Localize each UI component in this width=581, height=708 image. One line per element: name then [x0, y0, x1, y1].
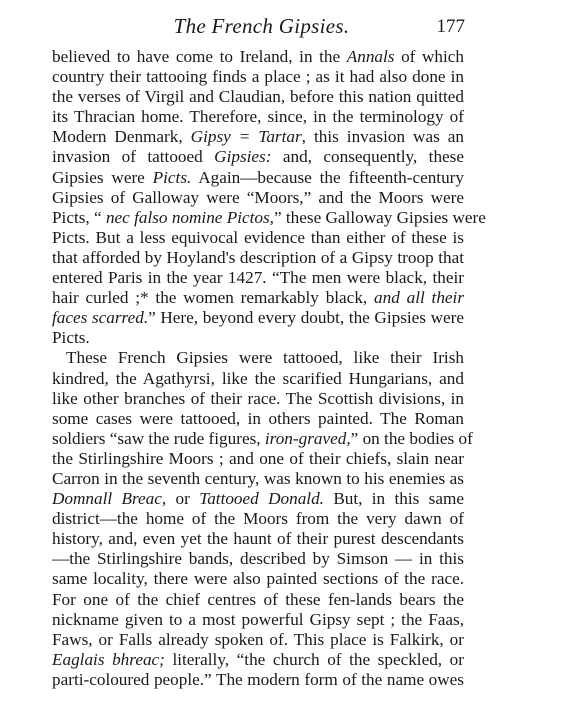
italic-text: Annals — [347, 47, 395, 66]
italic-text: Picts. — [153, 168, 192, 187]
text-segment: of which — [394, 47, 464, 66]
text-line: —the Stirlingshire bands, described by S… — [52, 549, 464, 569]
text-line: district—the home of the Moors from the … — [52, 509, 464, 529]
text-line: Domnall Breac, or Tattooed Donald. But, … — [52, 489, 464, 509]
text-segment: Picts. But a less equivocal evidence tha… — [52, 228, 464, 247]
text-segment: that afforded by Hoyland's description o… — [52, 248, 464, 267]
text-segment: Modern Denmark, — [52, 127, 191, 146]
text-segment: entered Paris in the year 1427. “The men… — [52, 268, 464, 287]
italic-text: Gipsy = Tartar — [191, 127, 302, 146]
text-segment: ” these Galloway Gipsies were — [274, 208, 486, 227]
text-segment: ” Here, beyond every doubt, the Gipsies … — [148, 308, 464, 327]
text-line: Gipsies of Galloway were “Moors,” and th… — [52, 188, 464, 208]
text-segment: hair curled ;* the women remarkably blac… — [52, 288, 374, 307]
text-line: country their tattooing finds a place ; … — [52, 67, 464, 87]
text-segment: , this invasion was an — [302, 127, 464, 146]
text-line: parti-coloured people.” The modern form … — [52, 670, 464, 690]
text-segment: Carron in the seventh century, was known… — [52, 469, 464, 488]
text-segment: Picts, “ — [52, 208, 106, 227]
scan-artifact — [60, 700, 480, 702]
text-segment: ” on the bodies of — [351, 429, 473, 448]
text-segment: some cases were tattooed, in others pain… — [52, 409, 464, 428]
text-segment: Picts. — [52, 328, 90, 347]
text-segment: —the Stirlingshire bands, described by S… — [52, 549, 464, 568]
text-segment: For one of the chief centres of these fe… — [52, 590, 464, 609]
text-line: invasion of tattooed Gipsies: and, conse… — [52, 147, 464, 167]
text-segment: its Thracian home. Therefore, since, in … — [52, 107, 464, 126]
text-segment: Again—because the fifteenth-century — [191, 168, 464, 187]
text-segment: history, and, even yet the haunt of thei… — [52, 529, 464, 548]
text-segment: same locality, there were also painted s… — [52, 569, 464, 588]
italic-text: Gipsies: — [214, 147, 271, 166]
text-segment: invasion of tattooed — [52, 147, 214, 166]
running-title: The French Gipsies. — [58, 14, 465, 39]
text-line: Picts. — [52, 328, 464, 348]
text-segment: the verses of Virgil and Claudian, befor… — [52, 87, 464, 106]
text-segment: and, consequently, these — [271, 147, 464, 166]
book-page: The French Gipsies. 177 believed to have… — [0, 0, 581, 708]
text-line: Picts, “ nec falso nomine Pictos,” these… — [52, 208, 464, 228]
text-segment: parti-coloured people.” The modern form … — [52, 670, 464, 689]
text-line: the Stirlingshire Moors ; and one of the… — [52, 449, 464, 469]
text-segment: , or — [162, 489, 199, 508]
text-line: Gipsies were Picts. Again—because the fi… — [52, 168, 464, 188]
body-text: believed to have come to Ireland, in the… — [52, 47, 464, 690]
text-line: same locality, there were also painted s… — [52, 569, 464, 589]
text-line: soldiers “saw the rude figures, iron-gra… — [52, 429, 464, 449]
text-segment: the Stirlingshire Moors ; and one of the… — [52, 449, 464, 468]
page-number: 177 — [437, 16, 466, 38]
text-segment: country their tattooing finds a place ; … — [52, 67, 464, 86]
page-header: The French Gipsies. 177 — [58, 14, 465, 40]
italic-text: Eaglais bhreac; — [52, 650, 165, 669]
text-segment: But, in this same — [324, 489, 464, 508]
text-segment: These French Gipsies were tattooed, like… — [66, 348, 464, 367]
text-line: history, and, even yet the haunt of thei… — [52, 529, 464, 549]
text-line: the verses of Virgil and Claudian, befor… — [52, 87, 464, 107]
italic-text: and all their — [374, 288, 464, 307]
text-line: kindred, the Agathyrsi, like the scarifi… — [52, 369, 464, 389]
text-line: faces scarred.” Here, beyond every doubt… — [52, 308, 464, 328]
italic-text: faces scarred. — [52, 308, 148, 327]
text-line: hair curled ;* the women remarkably blac… — [52, 288, 464, 308]
text-line: that afforded by Hoyland's description o… — [52, 248, 464, 268]
text-segment: Gipsies of Galloway were “Moors,” and th… — [52, 188, 464, 207]
text-line: Modern Denmark, Gipsy = Tartar, this inv… — [52, 127, 464, 147]
text-line: believed to have come to Ireland, in the… — [52, 47, 464, 67]
text-segment: literally, “the church of the speckled, … — [165, 650, 464, 669]
italic-text: nec falso nomine Pictos, — [106, 208, 274, 227]
text-line: like other branches of their race. The S… — [52, 389, 464, 409]
text-line: some cases were tattooed, in others pain… — [52, 409, 464, 429]
text-segment: Gipsies were — [52, 168, 153, 187]
text-line: These French Gipsies were tattooed, like… — [52, 348, 464, 368]
text-line: its Thracian home. Therefore, since, in … — [52, 107, 464, 127]
text-line: entered Paris in the year 1427. “The men… — [52, 268, 464, 288]
text-line: nickname given to a most powerful Gipsy … — [52, 610, 464, 630]
text-segment: like other branches of their race. The S… — [52, 389, 464, 408]
text-line: Eaglais bhreac; literally, “the church o… — [52, 650, 464, 670]
text-segment: kindred, the Agathyrsi, like the scarifi… — [52, 369, 464, 388]
text-segment: soldiers “saw the rude figures, — [52, 429, 265, 448]
text-line: Carron in the seventh century, was known… — [52, 469, 464, 489]
text-line: For one of the chief centres of these fe… — [52, 590, 464, 610]
text-segment: believed to have come to Ireland, in the — [52, 47, 347, 66]
italic-text: iron-graved, — [265, 429, 351, 448]
text-segment: nickname given to a most powerful Gipsy … — [52, 610, 464, 629]
text-line: Picts. But a less equivocal evidence tha… — [52, 228, 464, 248]
italic-text: Domnall Breac — [52, 489, 162, 508]
text-segment: district—the home of the Moors from the … — [52, 509, 464, 528]
text-line: Faws, or Falls already spoken of. This p… — [52, 630, 464, 650]
italic-text: Tattooed Donald. — [199, 489, 324, 508]
text-segment: Faws, or Falls already spoken of. This p… — [52, 630, 464, 649]
